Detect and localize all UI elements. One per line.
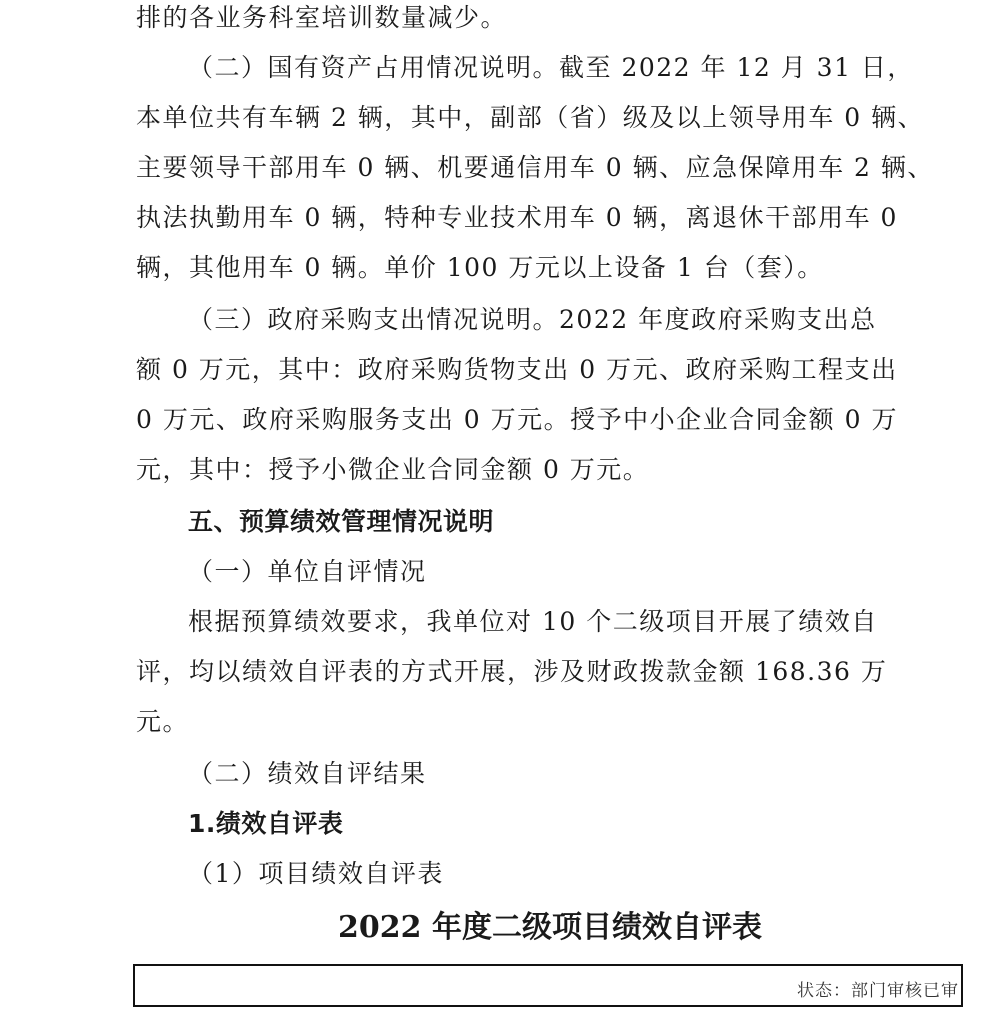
body-text-line: 本单位共有车辆 2 辆，其中，副部（省）级及以上领导用车 0 辆、 — [136, 101, 924, 135]
body-text-line: 评，均以绩效自评表的方式开展，涉及财政拨款金额 168.36 万 — [136, 655, 887, 689]
body-text-line: 元。 — [136, 705, 189, 739]
subheading-self-evaluation: （一）单位自评情况 — [188, 555, 427, 589]
body-text-line: 排的各业务科室培训数量减少。 — [136, 1, 507, 35]
subheading-project-table: （1）项目绩效自评表 — [188, 857, 444, 891]
status-box: 状态：部门审核已审 — [133, 964, 963, 1007]
section-heading-procurement: （三）政府采购支出情况说明。2022 年度政府采购支出总 — [188, 303, 877, 337]
body-text-line: 根据预算绩效要求，我单位对 10 个二级项目开展了绩效自 — [188, 605, 878, 639]
subheading-evaluation-table: 1.绩效自评表 — [188, 807, 343, 841]
body-text-line: 额 0 万元，其中：政府采购货物支出 0 万元、政府采购工程支出 — [136, 353, 898, 387]
body-text-line: 元，其中：授予小微企业合同金额 0 万元。 — [136, 453, 649, 487]
body-text-line: 执法执勤用车 0 辆，特种专业技术用车 0 辆，离退休干部用车 0 — [136, 201, 898, 235]
body-text-line: 辆，其他用车 0 辆。单价 100 万元以上设备 1 台（套）。 — [136, 251, 824, 285]
body-text-line: 主要领导干部用车 0 辆、机要通信用车 0 辆、应急保障用车 2 辆、 — [136, 151, 934, 185]
subheading-evaluation-results: （二）绩效自评结果 — [188, 757, 427, 791]
table-title: 2022 年度二级项目绩效自评表 — [0, 908, 1000, 948]
status-label: 状态：部门审核已审 — [797, 976, 959, 1001]
chapter-heading-performance: 五、预算绩效管理情况说明 — [188, 505, 494, 539]
body-text-line: 0 万元、政府采购服务支出 0 万元。授予中小企业合同金额 0 万 — [136, 403, 898, 437]
section-heading-state-assets: （二）国有资产占用情况说明。截至 2022 年 12 月 31 日， — [188, 51, 914, 85]
